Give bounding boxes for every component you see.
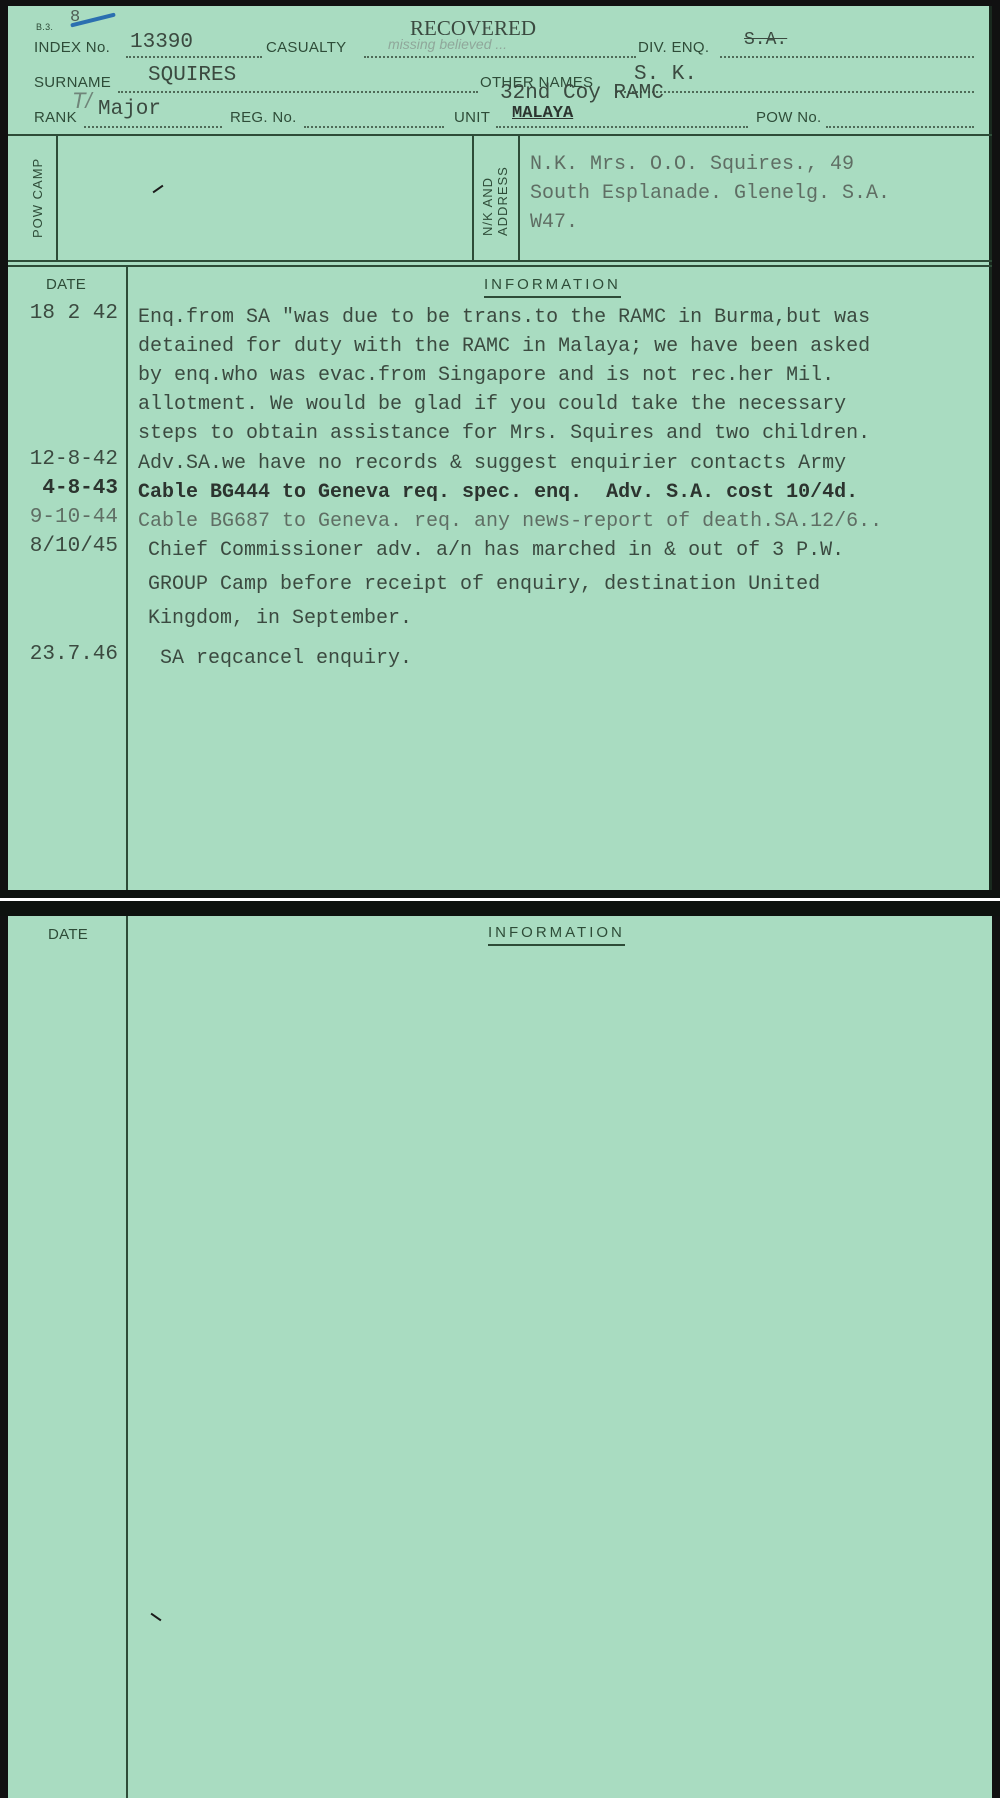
scan-gap (0, 890, 1000, 916)
nk-address-line: N.K. Mrs. O.O. Squires., 49 (530, 150, 854, 179)
entry-text-line: by enq.who was evac.from Singapore and i… (138, 361, 834, 390)
div-enq-value: S.A. (744, 30, 787, 50)
information-header: INFORMATION (484, 276, 621, 298)
pen-mark (153, 185, 164, 194)
rank-prefix: T/ (72, 88, 92, 114)
entry-date: 8/10/45 (12, 535, 118, 558)
index-card-front: B.3. 8 RECOVERED INDEX No. 13390 CASUALT… (8, 6, 992, 890)
date-header: DATE (48, 926, 88, 943)
nk-label-line2: ADDRESS (495, 166, 510, 236)
nk-address-line: W47. (530, 208, 578, 237)
unit-value-line1: 32nd Coy RAMC (500, 82, 664, 105)
entry-text-line: detained for duty with the RAMC in Malay… (138, 332, 870, 361)
form-code: B.3. (36, 22, 53, 32)
index-card-back: DATE INFORMATION (8, 916, 992, 1798)
entry-text-line: Cable BG687 to Geneva. req. any news-rep… (138, 507, 882, 536)
entry-text-line: Adv.SA.we have no records & suggest enqu… (138, 449, 846, 478)
nk-address-line: South Esplanade. Glenelg. S.A. (530, 179, 890, 208)
form-code-annotation: 8 (70, 8, 80, 27)
casualty-label: CASUALTY (266, 39, 346, 56)
div-enq-label: DIV. ENQ. (638, 39, 709, 56)
rank-value: Major (98, 98, 161, 121)
entry-text-line: Enq.from SA "was due to be trans.to the … (138, 303, 870, 332)
entry-date: 18 2 42 (12, 302, 118, 325)
index-no-label: INDEX No. (34, 39, 110, 56)
index-no-value: 13390 (130, 31, 193, 54)
entry-text-line: Chief Commissioner adv. a/n has marched … (148, 536, 844, 565)
unit-label: UNIT (454, 109, 490, 126)
entry-text-line: Kingdom, in September. (148, 604, 412, 633)
entry-text-line: SA reqcancel enquiry. (160, 644, 412, 673)
entry-date: 12-8-42 (12, 448, 118, 471)
entry-date: 9-10-44 (12, 506, 118, 529)
date-header: DATE (46, 276, 86, 293)
entry-text-line: allotment. We would be glad if you could… (138, 390, 846, 419)
rank-label: RANK (34, 109, 77, 126)
entry-text-line: steps to obtain assistance for Mrs. Squi… (138, 419, 870, 448)
entry-text-line: GROUP Camp before receipt of enquiry, de… (148, 570, 820, 599)
reg-no-label: REG. No. (230, 109, 297, 126)
nk-label-line1: N/K AND (480, 177, 495, 236)
entry-text-line: Cable BG444 to Geneva req. spec. enq. Ad… (138, 478, 858, 507)
entry-date: 23.7.46 (12, 643, 118, 666)
entry-date: 4-8-43 (12, 477, 118, 500)
pow-no-label: POW No. (756, 109, 821, 126)
surname-value: SQUIRES (148, 64, 236, 87)
casualty-value: missing believed ... (388, 36, 507, 52)
pow-camp-label: POW CAMP (30, 158, 45, 238)
pen-mark (151, 1613, 162, 1622)
unit-value-line2: MALAYA (512, 104, 573, 123)
information-header: INFORMATION (488, 924, 625, 946)
